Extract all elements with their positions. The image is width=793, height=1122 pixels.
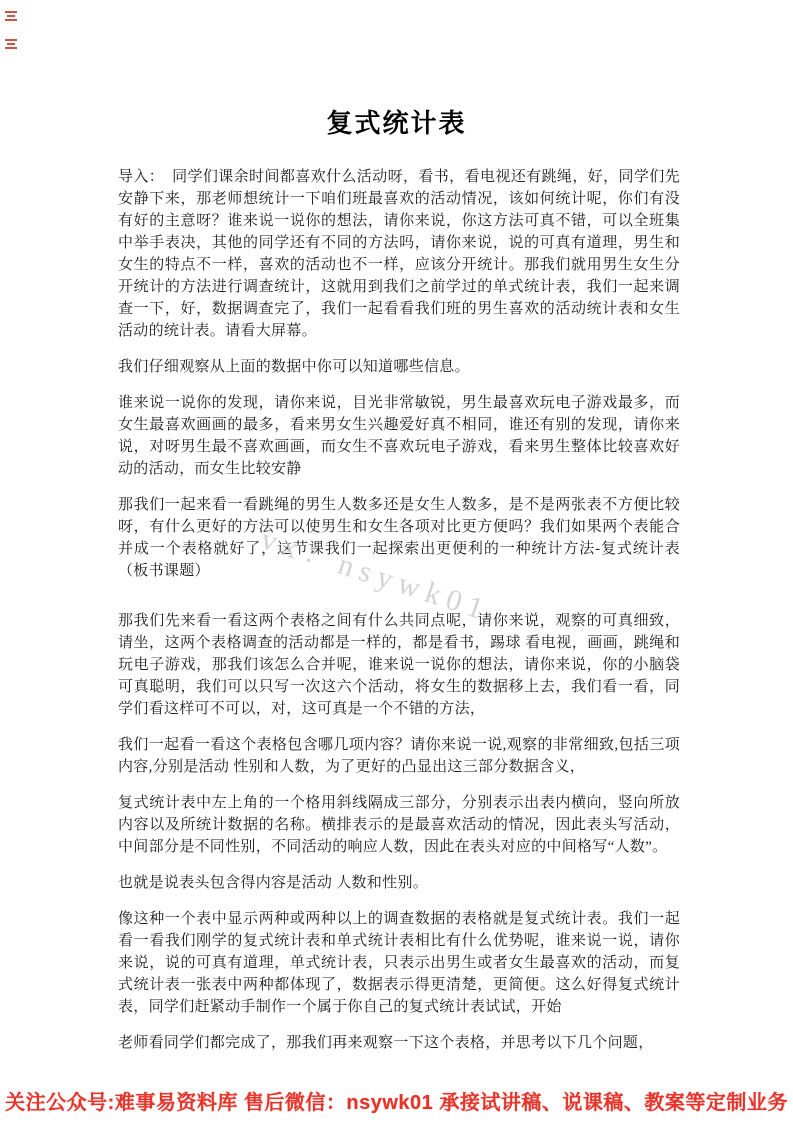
- red-annotation-mark-1: [5, 9, 17, 22]
- page-title: 复式统计表: [0, 0, 793, 140]
- paragraph-closing: 老师看同学们都完成了，那我们再来观察一下这个表格，并思考以下几个问题，: [118, 1032, 680, 1054]
- paragraph-findings: 谁来说一说你的发现，请你来说，目光非常敏锐，男生最喜欢玩电子游戏最多，而女生最喜…: [118, 392, 680, 480]
- paragraph-intro: 导入： 同学们课余时间都喜欢什么活动呀，看书，看电视还有跳绳，好，同学们先安静下…: [118, 166, 680, 342]
- document-page: 复式统计表 导入： 同学们课余时间都喜欢什么活动呀，看书，看电视还有跳绳，好，同…: [0, 0, 793, 1122]
- paragraph-observe-data: 我们仔细观察从上面的数据中你可以知道哪些信息。: [118, 356, 680, 378]
- paragraph-header-cell: 复式统计表中左上角的一个格用斜线隔成三部分，分别表示出表内横向，竖向所放内容以及…: [118, 792, 680, 858]
- paragraph-advantages: 像这种一个表中显示两种或两种以上的调查数据的表格就是复式统计表。我们一起看一看我…: [118, 908, 680, 1018]
- paragraph-header-summary: 也就是说表头包含得内容是活动 人数和性别。: [118, 872, 680, 894]
- paragraph-common-points: 那我们先来看一看这两个表格之间有什么共同点呢，请你来说，观察的可真细致，请坐，这…: [118, 610, 680, 720]
- document-body: 导入： 同学们课余时间都喜欢什么活动呀，看书，看电视还有跳绳，好，同学们先安静下…: [118, 166, 680, 1068]
- paragraph-compare-tables: 那我们一起来看一看跳绳的男生人数多还是女生人数多，是不是两张表不方便比较呀，有什…: [118, 494, 680, 582]
- paragraph-table-contents: 我们一起看一看这个表格包含哪几项内容？请你来说一说,观察的非常细致,包括三项内容…: [118, 734, 680, 778]
- footer-promo-notice: 关注公众号:难事易资料库 售后微信：nsywk01 承接试讲稿、说课稿、教案等定…: [0, 1088, 793, 1118]
- red-annotation-mark-2: [5, 37, 17, 50]
